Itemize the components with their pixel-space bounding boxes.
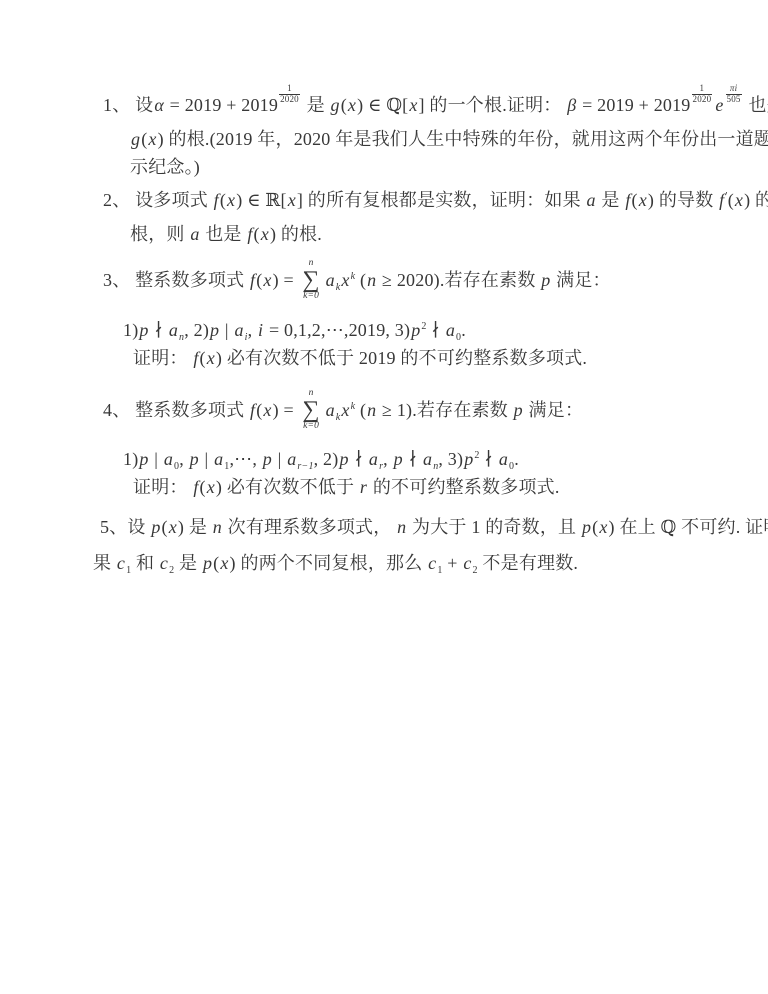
math-token: p [202, 553, 213, 573]
math-token: x [340, 270, 350, 290]
math-token: a [286, 449, 297, 469]
math-token: ) = [273, 400, 299, 420]
math-token: 3、 整系数多项式 [103, 270, 249, 290]
math-token: 满足： [551, 270, 610, 290]
math-token: x [638, 190, 648, 210]
math-token: 2、 设多项式 [103, 190, 213, 210]
math-token: x [206, 348, 216, 368]
math-token: f [624, 190, 631, 210]
problem-5-line-2: 果 c1 和 c2 是 p(x) 的两个不同复根，那么 c1 + c2 不是有理… [93, 543, 578, 583]
math-token: πi505 [726, 84, 742, 105]
math-token: 果 [93, 553, 116, 573]
math-token: ) 的两个不同复根，那么 [230, 553, 428, 573]
math-token: | [150, 449, 163, 469]
math-token: | [200, 449, 213, 469]
math-token: ) 是 [178, 517, 212, 537]
math-token: 证明： [133, 477, 192, 497]
math-token: 示纪念。) [130, 157, 200, 177]
math-token: ) ∈ ℚ[ [357, 95, 408, 115]
math-token: p [138, 320, 149, 340]
math-token: e [714, 95, 724, 115]
math-token: ) 的根.(2019 年，2020 年是我们人生中特殊的年份，就用这两个年份出一… [158, 129, 768, 149]
math-token: a [163, 449, 174, 469]
math-token: c [159, 553, 169, 573]
math-token: ) 的导数 [648, 190, 718, 210]
math-token: p [393, 449, 404, 469]
math-token: . [461, 320, 466, 340]
math-token: ( [632, 190, 638, 210]
math-token: 也是 [744, 95, 768, 115]
math-token: p [581, 517, 592, 537]
math-token: x [219, 553, 229, 573]
math-token: p [209, 320, 220, 340]
math-token: 是 [302, 95, 330, 115]
math-token: ∤ [404, 449, 422, 469]
math-token: ∤ [350, 449, 368, 469]
math-token: 和 [131, 553, 159, 573]
problem-5-line-1: 5、设 p(x) 是 n 次有理系数多项式， n 为大于 1 的奇数，且 p(x… [100, 507, 768, 547]
math-token: 12020 [692, 84, 713, 105]
math-token: p [410, 320, 421, 340]
math-token: = 2019 + 2019 [577, 95, 690, 115]
math-token: , 2) [314, 449, 339, 469]
problem-2-line-1: 2、 设多项式 f(x) ∈ ℝ[x] 的所有复根都是实数，证明：如果 a 是 … [103, 177, 768, 217]
math-token: ∤ [480, 449, 498, 469]
math-token: a [233, 320, 244, 340]
math-token: ( [162, 517, 168, 537]
math-token: a [498, 449, 509, 469]
math-token: 是 [597, 190, 625, 210]
math-token: a [213, 449, 224, 469]
math-token: x [734, 190, 744, 210]
math-token: f [246, 224, 253, 244]
math-token: p [262, 449, 273, 469]
math-token: n [366, 400, 377, 420]
math-token: a [168, 320, 179, 340]
math-token: ≥ 2020).若存在素数 [377, 270, 540, 290]
math-token: + [443, 553, 463, 573]
math-token: 根，则 [130, 224, 189, 244]
math-token: c [427, 553, 437, 573]
math-token: 12020 [279, 84, 300, 105]
problem-4-line-1: 4、 整系数多项式 f(x) = n∑k=0akxk (n ≥ 1).若存在素数… [103, 387, 583, 427]
math-token: ( [355, 270, 366, 290]
math-token: ,⋯, [229, 449, 261, 469]
math-token: 为大于 1 的奇数，且 [407, 517, 581, 537]
math-token: 1、 设 [103, 95, 153, 115]
math-token: f [192, 477, 199, 497]
math-token: a [189, 224, 200, 244]
math-token: , [248, 320, 257, 340]
math-token: p [463, 449, 474, 469]
math-token: ) 必有次数不低于 2019 的不可约整系数多项式. [216, 348, 587, 368]
math-token: a [368, 449, 379, 469]
math-token: p [513, 400, 524, 420]
math-token: a [422, 449, 433, 469]
math-token: ( [254, 224, 260, 244]
problem-2-line-2: 根，则 a 也是 f(x) 的根. [130, 214, 322, 254]
math-token: n∑k=0 [303, 269, 320, 290]
math-token: ) 的根. [270, 224, 322, 244]
math-token: p [540, 270, 551, 290]
math-token: c [116, 553, 126, 573]
math-token: ∤ [427, 320, 445, 340]
math-token: 的不可约整系数多项式. [368, 477, 559, 497]
math-token: a [586, 190, 597, 210]
problem-1-line-2: g(x) 的根.(2019 年，2020 年是我们人生中特殊的年份，就用这两个年… [130, 119, 768, 159]
math-token: x [168, 517, 178, 537]
math-token: x [262, 400, 272, 420]
math-token: ) ∈ ℝ[ [236, 190, 286, 210]
math-token: ) = [273, 270, 299, 290]
math-token: . [514, 449, 519, 469]
math-token: , [383, 449, 392, 469]
math-token: x [262, 270, 272, 290]
problem-4-proof-statement: 证明： f(x) 必有次数不低于 r 的不可约整系数多项式. [133, 467, 560, 507]
math-token: = 0,1,2,⋯,2019, 3) [264, 320, 410, 340]
math-token: ) 的重 [744, 190, 768, 210]
math-token: 不是有理数. [478, 553, 578, 573]
math-token: a [445, 320, 456, 340]
math-token: ( [200, 348, 206, 368]
math-token: x [206, 477, 216, 497]
math-token: 1) [123, 320, 138, 340]
math-token: 也是 [201, 224, 247, 244]
math-token: 1) [123, 449, 138, 469]
math-token: ∤ [150, 320, 168, 340]
math-token: n∑k=0 [303, 399, 320, 420]
math-token: α [153, 95, 165, 115]
math-token: β [566, 95, 577, 115]
math-token: 次有理系数多项式， [223, 517, 396, 537]
math-token: ≥ 1).若存在素数 [377, 400, 512, 420]
math-token: x [340, 400, 350, 420]
math-token: r [359, 477, 368, 497]
math-token: g [130, 129, 141, 149]
document-page: 1、 设α = 2019 + 201912020 是 g(x) ∈ ℚ[x] 的… [0, 0, 768, 994]
math-token: x [598, 517, 608, 537]
math-token: | [220, 320, 233, 340]
math-token: x [260, 224, 270, 244]
math-token: ] 的所有复根都是实数，证明：如果 [297, 190, 586, 210]
math-token: p [189, 449, 200, 469]
math-token: a [325, 400, 336, 420]
math-token: f [192, 348, 199, 368]
math-token: x [226, 190, 236, 210]
math-token: n [366, 270, 377, 290]
math-token: ) 必有次数不低于 [216, 477, 359, 497]
math-token: a [325, 270, 336, 290]
math-token: ( [200, 477, 206, 497]
math-token: x [347, 95, 357, 115]
math-token: g [330, 95, 341, 115]
math-token: n [212, 517, 223, 537]
math-token: 证明： [133, 348, 192, 368]
problem-3-line-1: 3、 整系数多项式 f(x) = n∑k=0akxk (n ≥ 2020).若存… [103, 257, 611, 297]
math-token: x [147, 129, 157, 149]
math-token: 满足： [524, 400, 583, 420]
math-token: p [138, 449, 149, 469]
math-token: ( [355, 400, 366, 420]
math-token: n [396, 517, 407, 537]
math-token: x [287, 190, 297, 210]
math-token: f [213, 190, 220, 210]
problem-3-proof-statement: 证明： f(x) 必有次数不低于 2019 的不可约整系数多项式. [133, 338, 587, 378]
math-token: ( [728, 190, 734, 210]
math-token: ( [341, 95, 347, 115]
math-token: p [150, 517, 161, 537]
math-token: | [273, 449, 286, 469]
math-token: , [179, 449, 188, 469]
math-token: ] 的一个根.证明： [419, 95, 567, 115]
math-token: c [462, 553, 472, 573]
math-token: 5、设 [100, 517, 150, 537]
math-token: 是 [174, 553, 202, 573]
math-token: 4、 整系数多项式 [103, 400, 249, 420]
math-token: p [338, 449, 349, 469]
math-token: x [408, 95, 418, 115]
math-token: = 2019 + 2019 [165, 95, 278, 115]
math-token: ) 在上 ℚ 不可约. 证明：如 [609, 517, 768, 537]
math-token: , 3) [438, 449, 463, 469]
math-token: , 2) [184, 320, 209, 340]
